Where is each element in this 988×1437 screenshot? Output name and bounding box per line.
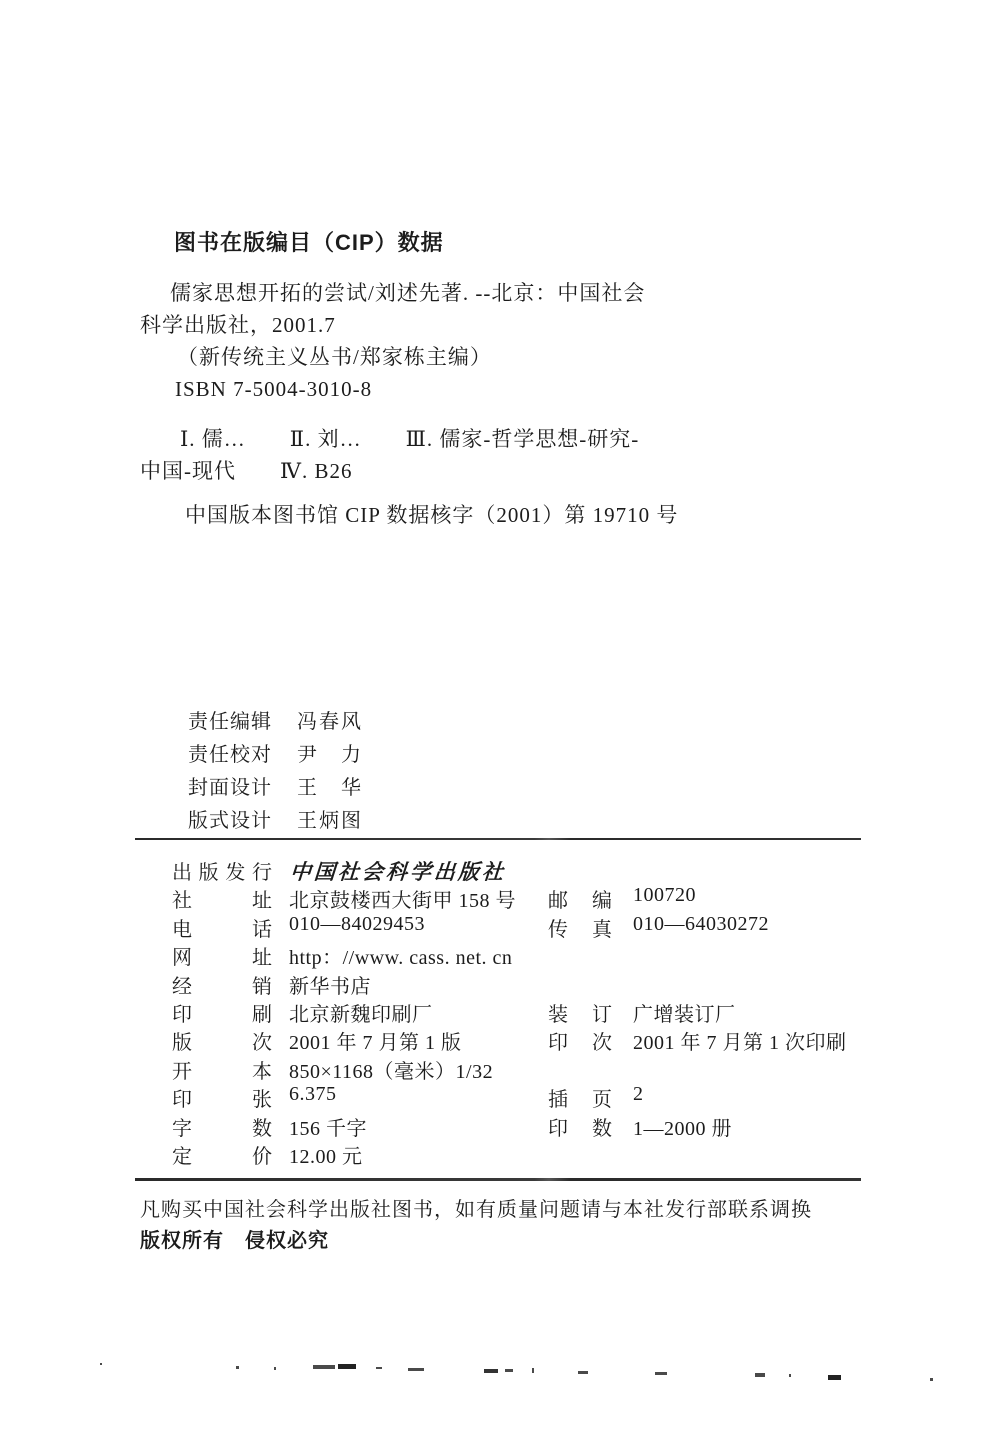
colophon-left-value: 6.375 [289, 1083, 337, 1106]
colophon-row-sheets: 印张 6.375 插页 2 [172, 1083, 872, 1111]
credit-label: 责任编辑 [188, 705, 276, 734]
credit-label: 封面设计 [188, 771, 276, 800]
colophon-right-value: 1—2000 册 [633, 1112, 732, 1141]
colophon-row-publisher: 出版发行 中国社会科学出版社 [172, 856, 872, 884]
colophon-row-printer: 印刷 北京新魏印刷厂 装订 广增装订厂 [172, 998, 872, 1026]
colophon-right-label: 插页 [548, 1083, 612, 1112]
colophon-left-label: 定价 [172, 1140, 272, 1169]
scan-artifact [408, 1368, 424, 1371]
cip-description-line1: 儒家思想开拓的尝试/刘述先著. --北京：中国社会 [170, 281, 645, 306]
colophon-right-label: 传真 [548, 913, 612, 942]
scan-artifact [376, 1367, 382, 1369]
scan-artifact [655, 1372, 667, 1375]
colophon-left-label: 社址 [172, 884, 272, 913]
credit-row-cover-design: 封面设计 王 华 [188, 771, 363, 800]
scan-artifact [338, 1364, 356, 1369]
credit-value: 王炳图 [297, 804, 363, 833]
scan-artifact [578, 1371, 588, 1374]
cip-subjects-line1: Ⅰ. 儒… Ⅱ. 刘… Ⅲ. 儒家-哲学思想-研究- [180, 427, 639, 452]
colophon-left-label: 开本 [172, 1055, 272, 1084]
scan-artifact [313, 1365, 335, 1369]
colophon-right-value: 2 [633, 1083, 644, 1106]
colophon-row-address: 社址 北京鼓楼西大街甲 158 号 邮编 100720 [172, 884, 872, 912]
colophon-right-value: 010—64030272 [633, 913, 769, 936]
credit-label: 版式设计 [188, 804, 276, 833]
colophon-right-value: 100720 [633, 884, 696, 907]
colophon-right-label: 印次 [548, 1026, 612, 1055]
divider-top [135, 838, 861, 840]
scan-artifact [755, 1373, 765, 1377]
credit-row-layout-design: 版式设计 王炳图 [188, 804, 363, 833]
cip-description-line2: 科学出版社，2001.7 [140, 313, 336, 338]
isbn-number: ISBN 7-5004-3010-8 [175, 377, 372, 402]
colophon-right-label: 印数 [548, 1112, 612, 1141]
credit-row-proofreader: 责任校对 尹 力 [188, 738, 363, 767]
scan-artifact [484, 1369, 498, 1373]
colophon-right-value: 2001 年 7 月第 1 次印刷 [633, 1026, 847, 1055]
colophon-left-label: 网址 [172, 941, 272, 970]
cip-series-note: （新传统主义丛书/郑家栋主编） [177, 345, 492, 370]
cip-heading: 图书在版编目（CIP）数据 [174, 230, 444, 255]
colophon-left-label: 印刷 [172, 998, 272, 1027]
colophon-row-distributor: 经销 新华书店 [172, 970, 872, 998]
colophon-left-value: 156 千字 [289, 1112, 367, 1141]
cip-registry-note: 中国版本图书馆 CIP 数据核字（2001）第 19710 号 [185, 503, 678, 528]
scan-artifact [930, 1378, 933, 1381]
website-url: http：//www. cass. net. cn [289, 941, 512, 970]
scan-artifact [532, 1368, 534, 1373]
colophon-left-label: 电话 [172, 913, 272, 942]
colophon-left-value: 010—84029453 [289, 913, 425, 936]
scanned-colophon-page: 图书在版编目（CIP）数据 儒家思想开拓的尝试/刘述先著. --北京：中国社会 … [0, 0, 988, 1437]
publisher-name: 中国社会科学出版社 [289, 856, 507, 886]
scan-artifact [236, 1366, 239, 1369]
scan-artifact [828, 1375, 841, 1380]
colophon-row-edition: 版次 2001 年 7 月第 1 版 印次 2001 年 7 月第 1 次印刷 [172, 1026, 872, 1054]
colophon-left-label: 版次 [172, 1026, 272, 1055]
divider-bottom [135, 1178, 861, 1181]
colophon-left-value: 12.00 元 [289, 1140, 363, 1169]
colophon-left-value: 北京新魏印刷厂 [289, 998, 433, 1027]
colophon-left-value: 北京鼓楼西大街甲 158 号 [289, 884, 516, 913]
scan-artifact [505, 1369, 513, 1372]
colophon-row-format: 开本 850×1168（毫米）1/32 [172, 1055, 872, 1083]
colophon-left-label: 印张 [172, 1083, 272, 1112]
colophon-row-website: 网址 http：//www. cass. net. cn [172, 941, 872, 969]
colophon-left-label: 经销 [172, 970, 272, 999]
colophon-left-value: 2001 年 7 月第 1 版 [289, 1026, 462, 1055]
colophon-right-label: 邮编 [548, 884, 612, 913]
colophon-left-value: 850×1168（毫米）1/32 [289, 1055, 493, 1084]
colophon-row-wordcount: 字数 156 千字 印数 1—2000 册 [172, 1112, 872, 1140]
colophon-row-phone: 电话 010—84029453 传真 010—64030272 [172, 913, 872, 941]
credit-value: 王 华 [297, 771, 363, 800]
colophon-row-price: 定价 12.00 元 [172, 1140, 872, 1168]
quality-notice: 凡购买中国社会科学出版社图书，如有质量问题请与本社发行部联系调换 [140, 1198, 812, 1223]
scan-artifact [789, 1374, 791, 1377]
copyright-notice: 版权所有 侵权必究 [140, 1229, 329, 1254]
scan-artifact [274, 1367, 276, 1370]
scan-artifact [100, 1363, 102, 1365]
colophon-table: 出版发行 中国社会科学出版社 社址 北京鼓楼西大街甲 158 号 邮编 1007… [172, 856, 872, 1168]
credit-row-editor: 责任编辑 冯春风 [188, 705, 363, 734]
colophon-left-label: 字数 [172, 1112, 272, 1141]
credit-value: 尹 力 [297, 738, 363, 767]
credit-value: 冯春风 [297, 705, 363, 734]
cip-subjects-line2: 中国-现代 Ⅳ. B26 [140, 459, 352, 484]
credit-label: 责任校对 [188, 738, 276, 767]
colophon-right-label: 装订 [548, 998, 612, 1027]
colophon-left-value: 新华书店 [289, 970, 371, 999]
colophon-right-value: 广增装订厂 [633, 998, 736, 1027]
colophon-left-label: 出版发行 [172, 856, 272, 885]
